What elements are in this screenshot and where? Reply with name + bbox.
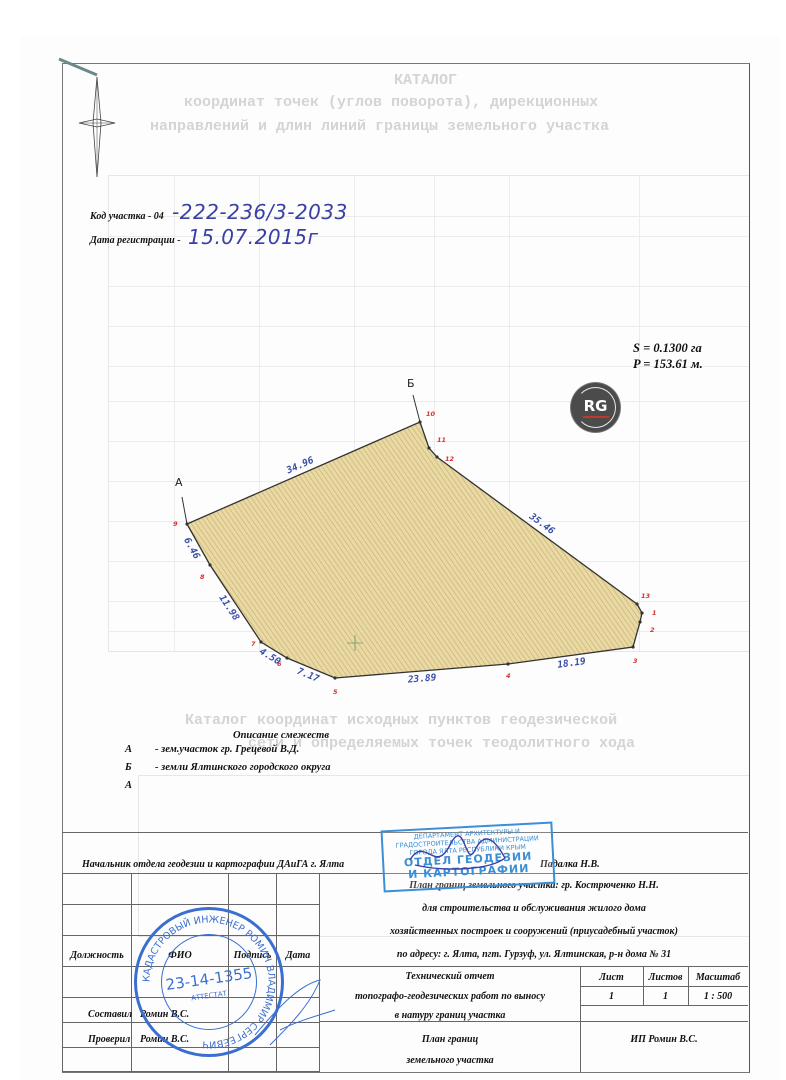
- svg-text:4: 4: [506, 672, 511, 680]
- svg-text:9: 9: [173, 520, 178, 528]
- svg-text:10: 10: [426, 410, 436, 418]
- scale-label: Масштаб: [688, 972, 748, 983]
- plan-line-2: для строительства и обслуживания жилого …: [320, 903, 748, 914]
- report-line-1: Технический отчет: [320, 971, 580, 982]
- plan-line-4: по адресу: г. Ялта, пгт. Гурзуф, ул. Ялт…: [320, 949, 748, 960]
- adjacency-key-1: А: [125, 744, 132, 755]
- organization-name: ИП Ромин В.С.: [580, 1034, 748, 1045]
- adjacency-text-2: - земли Ялтинского городского округа: [155, 762, 330, 773]
- adjacency-title: Описание смежеств: [233, 730, 329, 741]
- svg-text:18.19: 18.19: [557, 656, 587, 671]
- sheets-value: 1: [643, 991, 688, 1002]
- signature-scribble-icon: [405, 830, 515, 880]
- svg-text:5: 5: [333, 688, 338, 696]
- svg-text:1: 1: [652, 609, 657, 617]
- adjacency-key-3: А: [125, 780, 132, 791]
- svg-text:11: 11: [437, 436, 446, 444]
- sheets-label: Листов: [643, 972, 688, 983]
- head-of-department-label: Начальник отдела геодезии и картографии …: [82, 859, 344, 870]
- col-position: Должность: [62, 950, 132, 961]
- svg-text:23.89: 23.89: [406, 672, 437, 685]
- adjacency-key-2: Б: [125, 762, 132, 773]
- report-line-3: в натуру границ участка: [320, 1010, 580, 1021]
- plan-title-line-2: земельного участка: [320, 1055, 580, 1066]
- compiled-label: Составил: [88, 1009, 132, 1020]
- engineer-signature-icon: [250, 975, 340, 1055]
- svg-text:Б: Б: [407, 377, 415, 390]
- sheet-value: 1: [580, 991, 643, 1002]
- svg-text:2: 2: [650, 626, 655, 634]
- sheet-label: Лист: [580, 972, 643, 983]
- svg-text:3: 3: [633, 657, 638, 665]
- col-date: Дата: [276, 950, 320, 961]
- svg-text:7: 7: [251, 640, 256, 648]
- plan-line-3: хозяйственных построек и сооружений (при…: [320, 926, 748, 937]
- svg-text:12: 12: [445, 455, 455, 463]
- svg-text:13: 13: [641, 592, 651, 600]
- svg-text:А: А: [175, 476, 183, 489]
- scale-value: 1 : 500: [688, 991, 748, 1002]
- svg-text:8: 8: [200, 573, 205, 581]
- checked-label: Проверил: [88, 1034, 130, 1045]
- adjacency-text-1: - зем.участок гр. Грецевой В.Д.: [155, 744, 299, 755]
- report-line-2: топографо-геодезических работ по выносу: [320, 991, 580, 1002]
- plan-title-line-1: План границ: [320, 1034, 580, 1045]
